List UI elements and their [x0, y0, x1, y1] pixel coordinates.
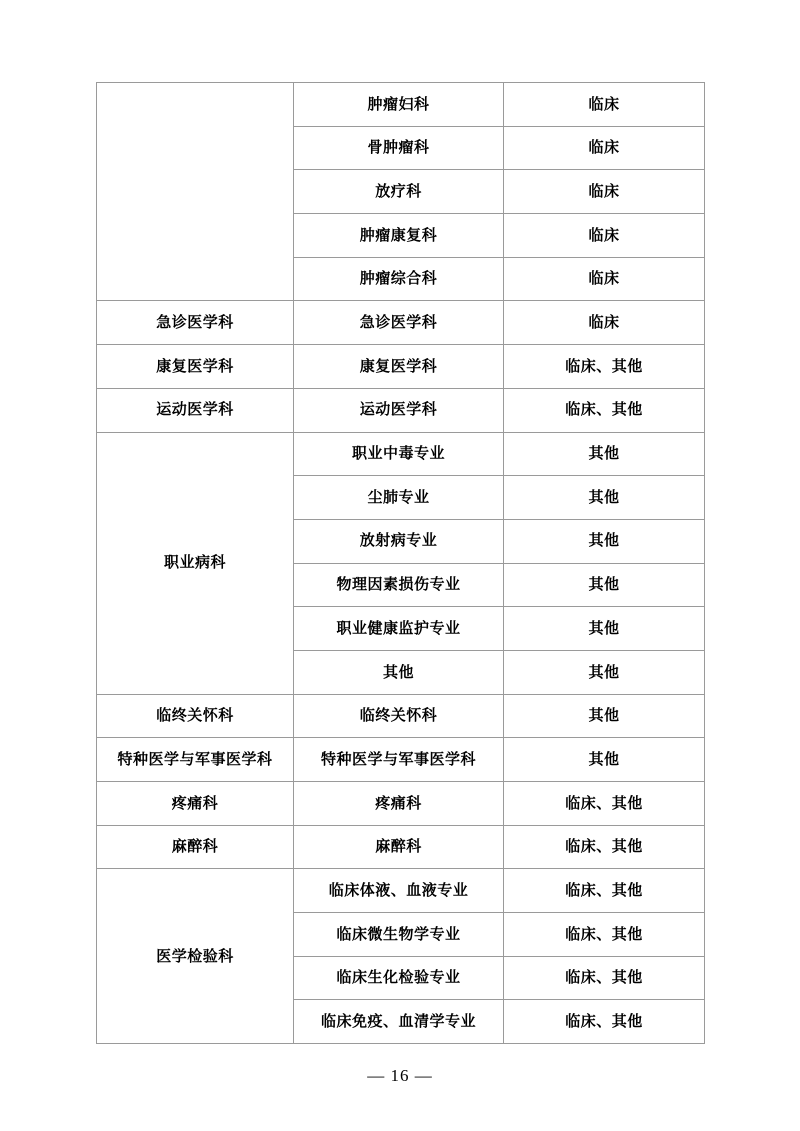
- specialty-cell: 临床生化检验专业: [294, 956, 504, 1000]
- type-cell: 临床: [504, 214, 705, 258]
- category-cell: 临终关怀科: [97, 694, 294, 738]
- department-table-body: 肿瘤妇科临床骨肿瘤科临床放疗科临床肿瘤康复科临床肿瘤综合科临床急诊医学科急诊医学…: [97, 83, 705, 1044]
- table-row: 职业病科职业中毒专业其他: [97, 432, 705, 476]
- type-cell: 其他: [504, 432, 705, 476]
- type-cell: 其他: [504, 650, 705, 694]
- type-cell: 临床、其他: [504, 825, 705, 869]
- specialty-cell: 其他: [294, 650, 504, 694]
- document-page: 肿瘤妇科临床骨肿瘤科临床放疗科临床肿瘤康复科临床肿瘤综合科临床急诊医学科急诊医学…: [0, 0, 800, 1131]
- specialty-cell: 肿瘤妇科: [294, 83, 504, 127]
- specialty-cell: 肿瘤康复科: [294, 214, 504, 258]
- specialty-cell: 放疗科: [294, 170, 504, 214]
- specialty-cell: 特种医学与军事医学科: [294, 738, 504, 782]
- table-row: 麻醉科麻醉科临床、其他: [97, 825, 705, 869]
- category-cell: 疼痛科: [97, 782, 294, 826]
- specialty-cell: 肿瘤综合科: [294, 257, 504, 301]
- table-row: 特种医学与军事医学科特种医学与军事医学科其他: [97, 738, 705, 782]
- specialty-cell: 麻醉科: [294, 825, 504, 869]
- category-cell: 职业病科: [97, 432, 294, 694]
- type-cell: 其他: [504, 694, 705, 738]
- type-cell: 临床: [504, 83, 705, 127]
- type-cell: 临床、其他: [504, 956, 705, 1000]
- type-cell: 临床、其他: [504, 388, 705, 432]
- specialty-cell: 疼痛科: [294, 782, 504, 826]
- table-row: 医学检验科临床体液、血液专业临床、其他: [97, 869, 705, 913]
- specialty-cell: 临床免疫、血清学专业: [294, 1000, 504, 1044]
- category-cell: 麻醉科: [97, 825, 294, 869]
- specialty-cell: 放射病专业: [294, 519, 504, 563]
- category-cell: 急诊医学科: [97, 301, 294, 345]
- type-cell: 其他: [504, 476, 705, 520]
- specialty-cell: 职业健康监护专业: [294, 607, 504, 651]
- type-cell: 其他: [504, 607, 705, 651]
- specialty-cell: 临终关怀科: [294, 694, 504, 738]
- type-cell: 临床: [504, 126, 705, 170]
- table-row: 肿瘤妇科临床: [97, 83, 705, 127]
- specialty-cell: 物理因素损伤专业: [294, 563, 504, 607]
- category-cell: [97, 83, 294, 301]
- type-cell: 临床、其他: [504, 782, 705, 826]
- type-cell: 其他: [504, 563, 705, 607]
- type-cell: 临床、其他: [504, 345, 705, 389]
- specialty-cell: 康复医学科: [294, 345, 504, 389]
- specialty-cell: 急诊医学科: [294, 301, 504, 345]
- table-row: 运动医学科运动医学科临床、其他: [97, 388, 705, 432]
- type-cell: 其他: [504, 738, 705, 782]
- type-cell: 其他: [504, 519, 705, 563]
- table-row: 康复医学科康复医学科临床、其他: [97, 345, 705, 389]
- specialty-cell: 临床微生物学专业: [294, 913, 504, 957]
- department-table: 肿瘤妇科临床骨肿瘤科临床放疗科临床肿瘤康复科临床肿瘤综合科临床急诊医学科急诊医学…: [96, 82, 705, 1044]
- specialty-cell: 尘肺专业: [294, 476, 504, 520]
- specialty-cell: 临床体液、血液专业: [294, 869, 504, 913]
- type-cell: 临床、其他: [504, 869, 705, 913]
- specialty-cell: 骨肿瘤科: [294, 126, 504, 170]
- category-cell: 运动医学科: [97, 388, 294, 432]
- specialty-cell: 运动医学科: [294, 388, 504, 432]
- specialty-cell: 职业中毒专业: [294, 432, 504, 476]
- type-cell: 临床、其他: [504, 1000, 705, 1044]
- category-cell: 特种医学与军事医学科: [97, 738, 294, 782]
- type-cell: 临床: [504, 301, 705, 345]
- type-cell: 临床: [504, 257, 705, 301]
- page-number: — 16 —: [0, 1066, 800, 1086]
- table-row: 急诊医学科急诊医学科临床: [97, 301, 705, 345]
- type-cell: 临床、其他: [504, 913, 705, 957]
- table-row: 临终关怀科临终关怀科其他: [97, 694, 705, 738]
- type-cell: 临床: [504, 170, 705, 214]
- table-row: 疼痛科疼痛科临床、其他: [97, 782, 705, 826]
- category-cell: 康复医学科: [97, 345, 294, 389]
- category-cell: 医学检验科: [97, 869, 294, 1044]
